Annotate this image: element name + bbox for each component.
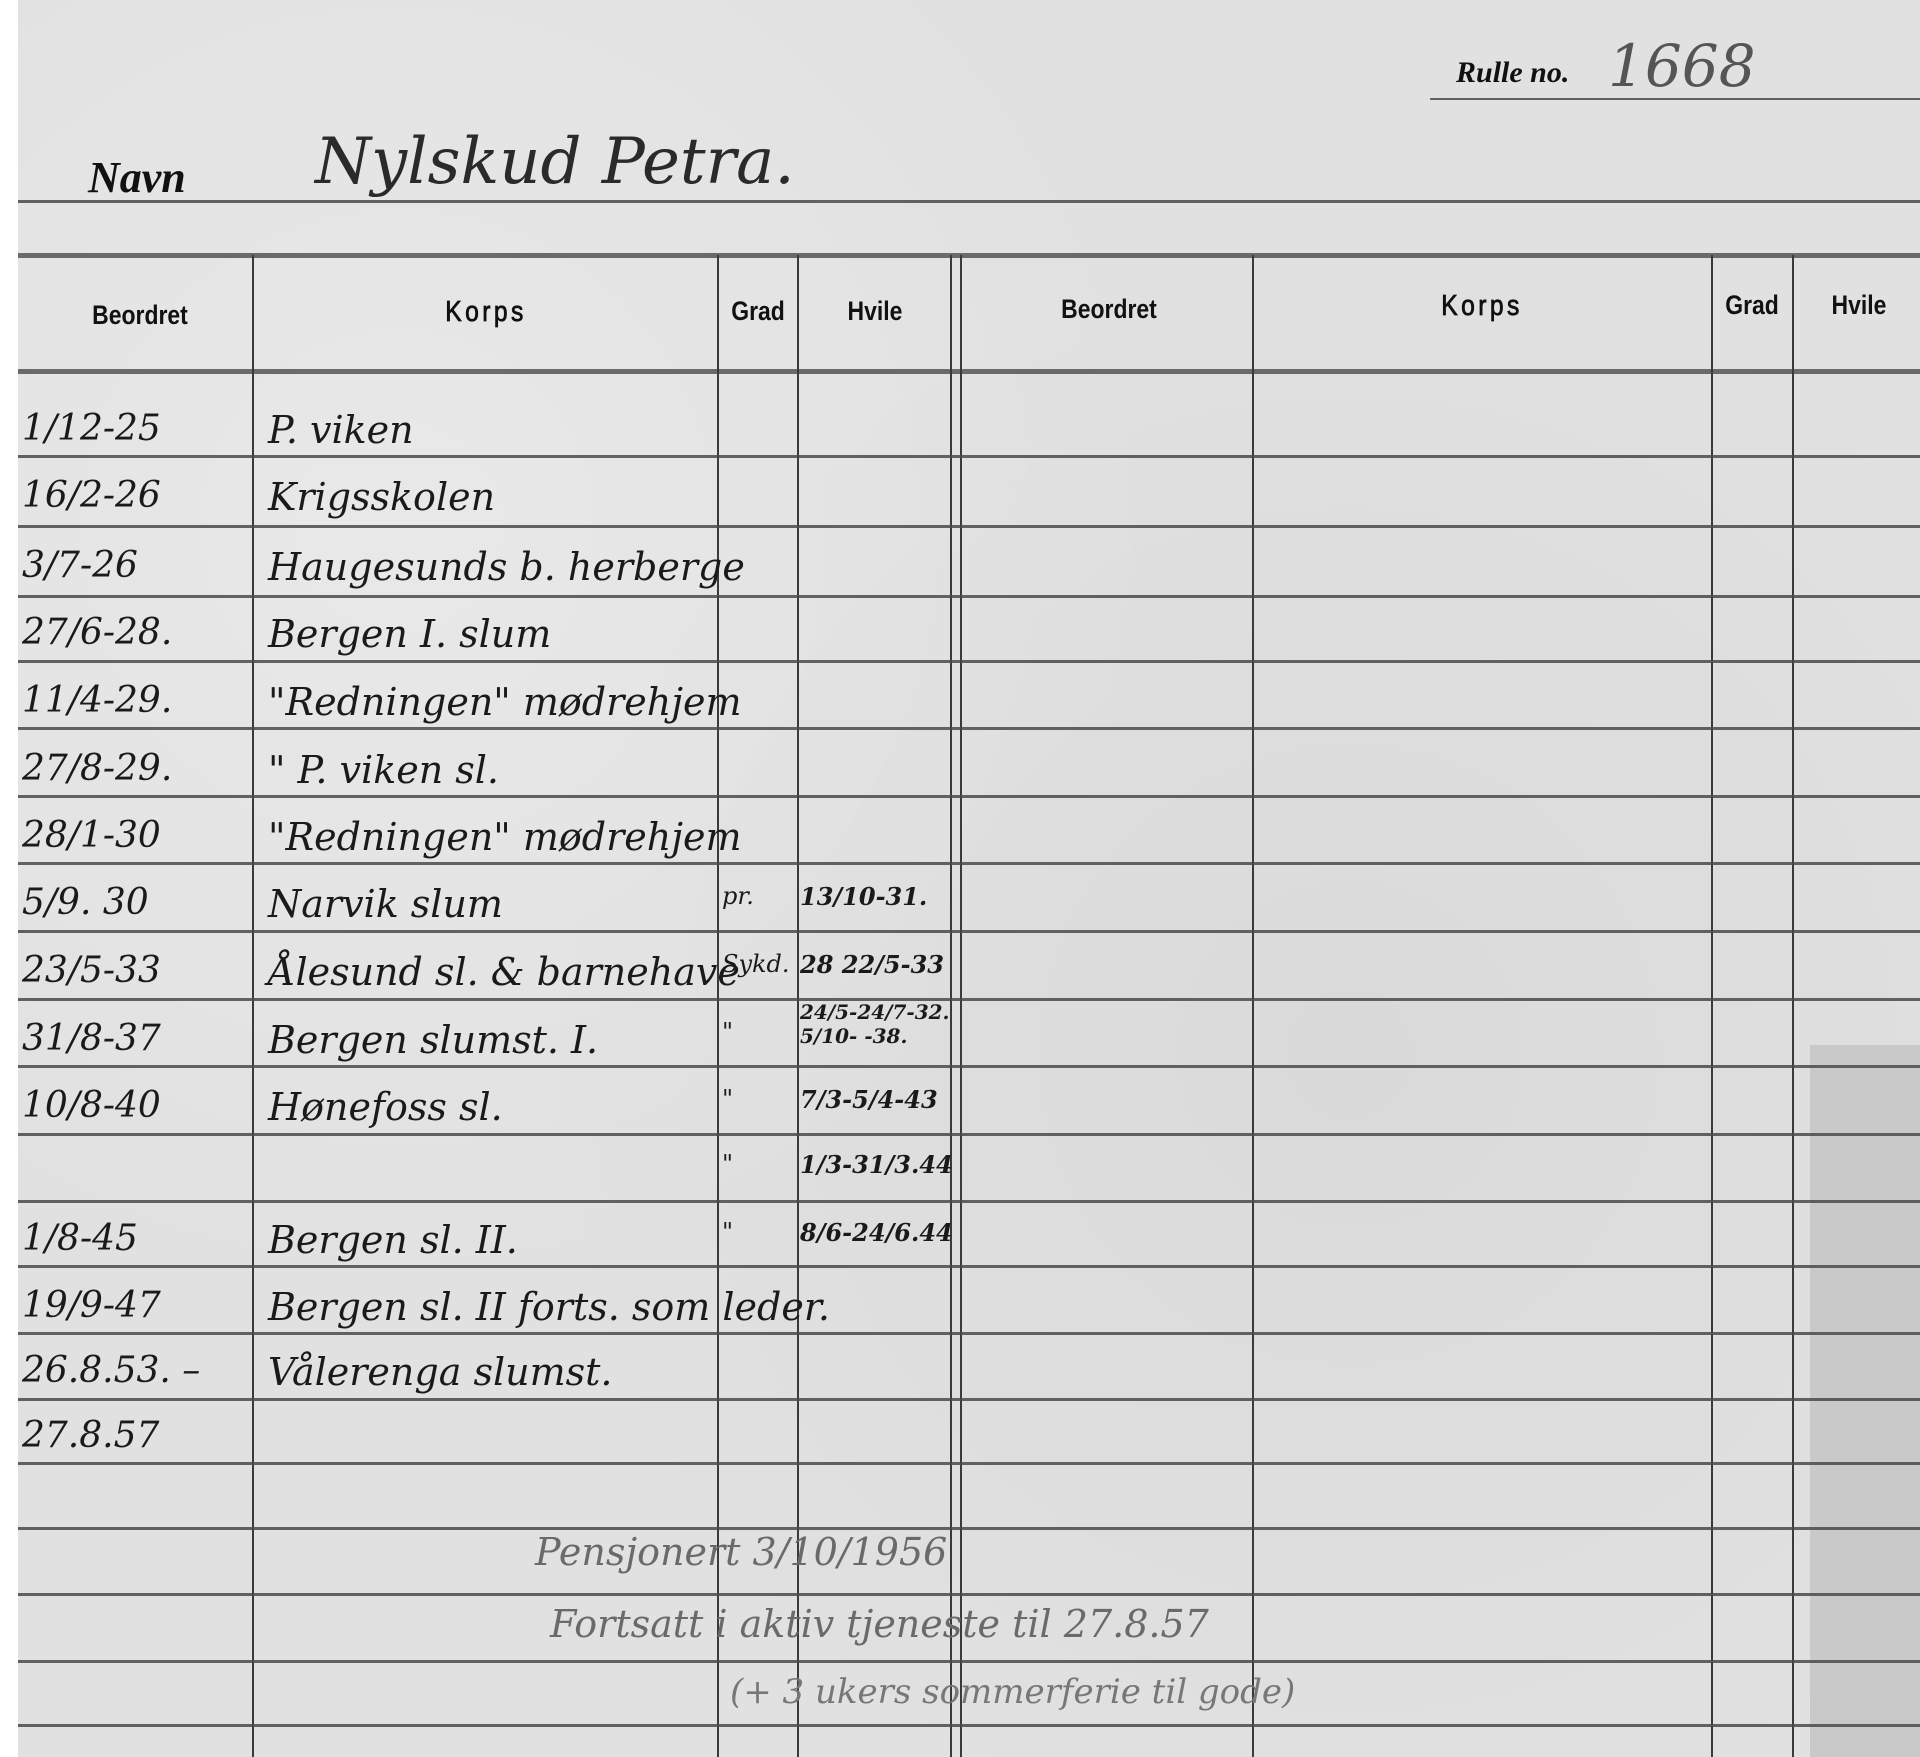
- row-line: [18, 525, 1920, 528]
- cell-beordret: 27/6-28.: [22, 612, 172, 653]
- row-line: [18, 727, 1920, 730]
- cell-beordret: 11/4-29.: [22, 680, 172, 721]
- col-header-hvile-right: Hvile: [1804, 290, 1915, 321]
- row-line: [18, 795, 1920, 798]
- row-line: [18, 660, 1920, 663]
- row-line: [18, 1200, 1920, 1203]
- cell-beordret: 27/8-29.: [22, 748, 172, 789]
- rulle-number: 1668: [1608, 32, 1756, 100]
- navn-underline: [18, 200, 1920, 203]
- col-header-korps-right: Korps: [1288, 290, 1676, 323]
- cell-korps: Bergen I. slum: [268, 612, 551, 656]
- cell-beordret: 27.8.57: [22, 1415, 159, 1456]
- cell-korps: Bergen sl. II.: [268, 1218, 518, 1262]
- row-line: [18, 595, 1920, 598]
- cell-beordret: 10/8-40: [22, 1085, 161, 1126]
- row-line: [18, 1660, 1920, 1663]
- col-header-grad-right: Grad: [1718, 290, 1786, 321]
- scan-shadow: [1810, 1045, 1920, 1757]
- row-line: [18, 1527, 1920, 1530]
- cell-beordret: 23/5-33: [22, 950, 161, 991]
- row-line: [18, 1724, 1920, 1727]
- col-divider: [1711, 255, 1713, 1757]
- col-divider: [1252, 255, 1254, 1757]
- cell-hvile: 1/3-31/3.44: [800, 1150, 953, 1179]
- record-card: [18, 0, 1920, 1757]
- cell-korps: Hønefoss sl.: [268, 1085, 503, 1129]
- cell-beordret: 31/8-37: [22, 1018, 161, 1059]
- cell-grad: ": [722, 1150, 733, 1178]
- cell-beordret: 1/12-25: [22, 408, 161, 449]
- cell-hvile: 8/6-24/6.44: [800, 1218, 953, 1247]
- col-divider: [1792, 255, 1794, 1757]
- cell-grad: pr.: [722, 882, 754, 910]
- cell-beordret: 5/9. 30: [22, 882, 149, 923]
- rulle-label: Rulle no.: [1456, 56, 1569, 90]
- cell-korps: Vålerenga slumst.: [268, 1350, 612, 1394]
- cell-korps: "Redningen" mødrehjem: [268, 815, 742, 859]
- navn-value: Nylskud Petra.: [315, 125, 795, 199]
- cell-beordret: 19/9-47: [22, 1285, 161, 1326]
- cell-beordret: 28/1-30: [22, 815, 161, 856]
- cell-hvile: 13/10-31.: [800, 882, 927, 911]
- cell-hvile: 24/5-24/7-32. 5/10- -38.: [800, 1000, 980, 1048]
- note-pensjonert: Pensjonert 3/10/1956: [535, 1530, 947, 1574]
- row-line: [18, 1398, 1920, 1401]
- cell-grad: ": [722, 1218, 733, 1246]
- row-line: [18, 1065, 1920, 1068]
- cell-beordret: 16/2-26: [22, 475, 161, 516]
- row-line: [18, 1133, 1920, 1136]
- cell-korps: Haugesunds b. herberge: [268, 545, 745, 589]
- col-header-beordret-left: Beordret: [47, 300, 234, 331]
- table-header-bottom: [18, 369, 1920, 374]
- col-divider: [252, 255, 254, 1757]
- cell-korps: " P. viken sl.: [268, 748, 499, 792]
- cell-korps: Bergen sl. II forts. som leder.: [268, 1285, 830, 1329]
- row-line: [18, 862, 1920, 865]
- note-fortsatt: Fortsatt i aktiv tjeneste til 27.8.57: [550, 1602, 1209, 1646]
- row-line: [18, 455, 1920, 458]
- cell-beordret: 26.8.53. –: [22, 1350, 200, 1391]
- cell-hvile: 28 22/5-33: [800, 950, 944, 979]
- col-header-hvile-left: Hvile: [811, 296, 939, 327]
- cell-beordret: 1/8-45: [22, 1218, 138, 1259]
- table-top-border: [18, 253, 1920, 258]
- col-header-grad-left: Grad: [724, 296, 792, 327]
- cell-korps: Narvik slum: [268, 882, 503, 926]
- cell-korps: Bergen slumst. I.: [268, 1018, 598, 1062]
- row-line: [18, 1593, 1920, 1596]
- cell-korps: P. viken: [268, 408, 414, 452]
- cell-hvile: 7/3-5/4-43: [800, 1085, 938, 1114]
- cell-korps: Ålesund sl. & barnehave: [268, 950, 740, 994]
- cell-korps: Krigsskolen: [268, 475, 495, 519]
- rulle-underline: [1430, 98, 1920, 100]
- col-header-korps-left: Korps: [289, 296, 683, 329]
- note-sommerferie: (+ 3 ukers sommerferie til gode): [730, 1672, 1295, 1712]
- col-header-beordret-right: Beordret: [987, 294, 1230, 325]
- cell-beordret: 3/7-26: [22, 545, 138, 586]
- navn-label: Navn: [88, 152, 186, 203]
- row-line: [18, 1332, 1920, 1335]
- row-line: [18, 1462, 1920, 1465]
- row-line: [18, 930, 1920, 933]
- cell-grad: Sykd.: [722, 950, 790, 978]
- row-line: [18, 1265, 1920, 1268]
- cell-korps: "Redningen" mødrehjem: [268, 680, 742, 724]
- cell-grad: ": [722, 1085, 733, 1113]
- cell-grad: ": [722, 1018, 733, 1046]
